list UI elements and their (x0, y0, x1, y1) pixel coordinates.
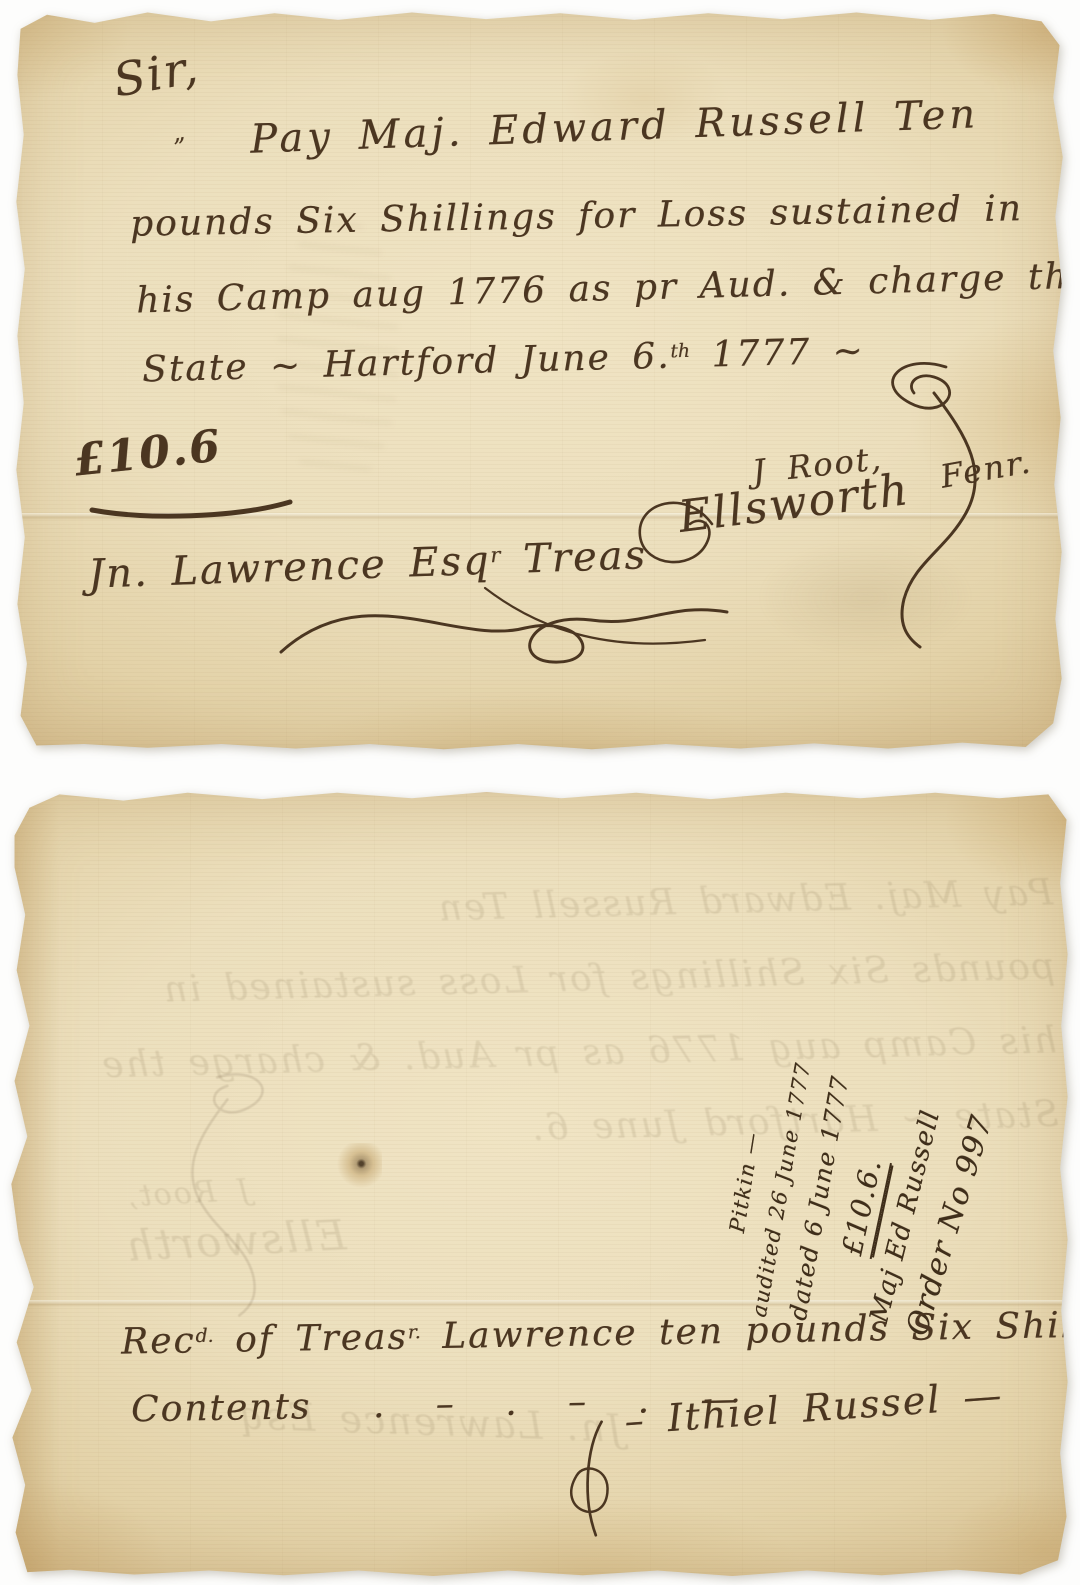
receipt-recd: Rec (121, 1320, 196, 1362)
body-line-1: Pay Maj. Edward Russell Ten (249, 91, 979, 162)
ghost-signature-root: J Root, (125, 1173, 251, 1214)
paper-back-surface: Pay Maj. Edward Russell Ten pounds Six S… (6, 788, 1074, 1580)
body-line-3: his Camp aug 1776 as pr Aud. & charge th… (136, 255, 1080, 321)
salutation-text: Sir, (109, 39, 203, 107)
paper-back: Pay Maj. Edward Russell Ten pounds Six S… (6, 788, 1074, 1580)
receipt-of-treas: of Treas (213, 1317, 408, 1361)
receipt-treas-sup: r. (408, 1322, 421, 1343)
body-line-2: pounds Six Shillings for Loss sustained … (130, 188, 1023, 245)
receipt-contents-label: Contents (131, 1386, 312, 1430)
amount-underline (86, 496, 296, 522)
paper-front-surface: Sir, „ Pay Maj. Edward Russell Ten pound… (10, 8, 1068, 753)
receipt-amount-words: Lawrence ten pounds Six Shill (420, 1305, 1080, 1358)
salutation: Sir, „ (109, 39, 212, 160)
docket-amount: £10.6. (835, 1156, 888, 1259)
receipt-signature-flourish (546, 1416, 636, 1541)
payee-flourish (275, 568, 745, 678)
receipt-recd-sup: d. (195, 1326, 213, 1347)
date-prefix: State ~ Hartford June 6. (142, 336, 671, 391)
paper-front: Sir, „ Pay Maj. Edward Russell Ten pound… (10, 8, 1068, 753)
body-line-4: State ~ Hartford June 6.th 1777 ~ (142, 331, 866, 391)
date-superscript: th (670, 341, 690, 363)
document-scan: Sir, „ Pay Maj. Edward Russell Ten pound… (0, 0, 1080, 1585)
salutation-mark: „ (170, 117, 189, 147)
amount: £10.6 (72, 420, 224, 486)
signature-bracket-flourish (818, 353, 1018, 653)
